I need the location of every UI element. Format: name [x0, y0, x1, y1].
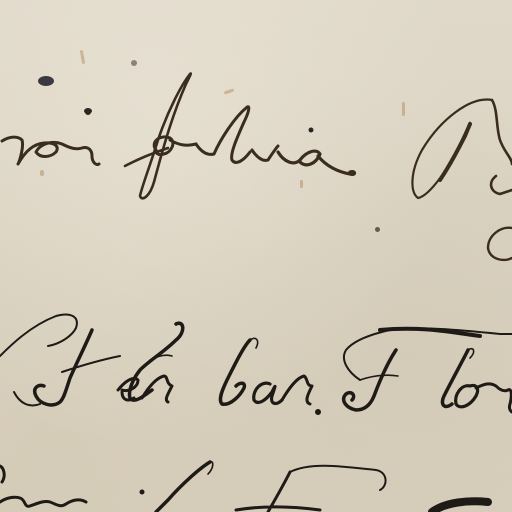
- handwritten-rei: [2, 137, 99, 164]
- engraved-F: [344, 328, 512, 380]
- engraved-Brasil: [0, 466, 86, 506]
- engraved-A: [236, 472, 320, 512]
- handwritten-folia: [125, 73, 191, 198]
- script-layer: [0, 0, 512, 512]
- handwritten-B: [412, 100, 492, 198]
- handwritten-line: [2, 73, 512, 259]
- engraved-H: [0, 315, 77, 357]
- bottom-line: [0, 462, 488, 512]
- engraved-line: [0, 315, 512, 416]
